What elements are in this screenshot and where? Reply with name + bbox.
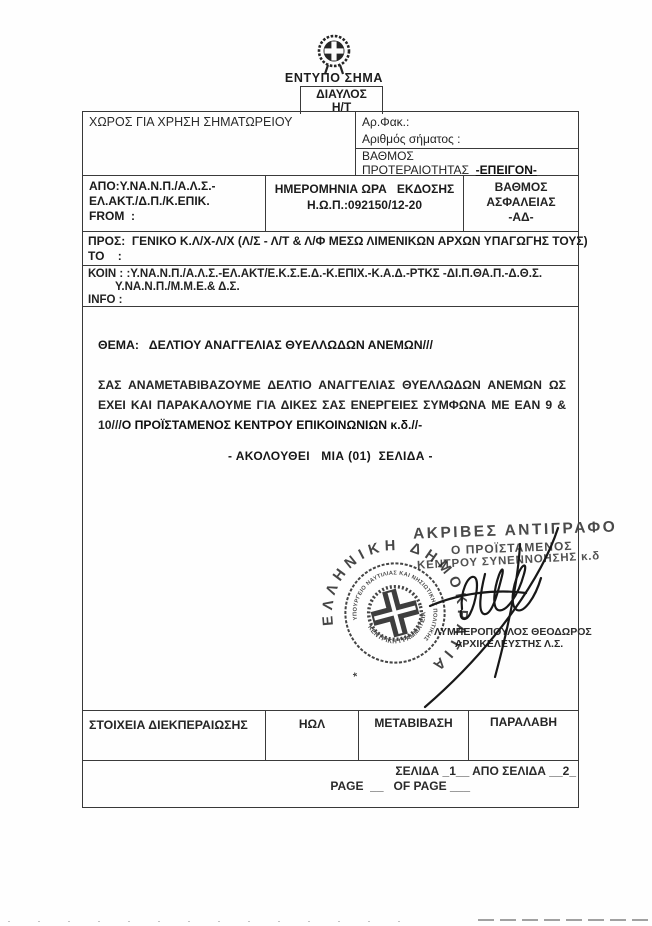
koin-line2: Υ.ΝΑ.Ν.Π./Μ.Μ.Ε.& Δ.Σ.	[88, 281, 573, 294]
from-line3: FROM :	[89, 209, 259, 224]
signal-area-cell: ΧΩΡΟΣ ΓΙΑ ΧΡΗΣΗ ΣΗΜΑΤΩΡΕΙΟΥ	[83, 112, 356, 175]
message-paragraph: ΣΑΣ ΑΝΑΜΕΤΑΒΙΒΑΖΟΥΜΕ ΔΕΛΤΙΟ ΑΝΑΓΓΕΛΙΑΣ Θ…	[98, 375, 566, 435]
follows-note: - ΑΚΟΛΟΥΘΕΙ ΜΙΑ (01) ΣΕΛΙΔΑ -	[83, 449, 578, 463]
to-line: TO :	[88, 249, 573, 264]
subject-line: ΘΕΜΑ: ΔΕΛΤΙΟΥ ΑΝΑΓΓΕΛΙΑΣ ΘΥΕΛΛΩΔΩΝ ΑΝΕΜΩ…	[98, 338, 433, 352]
priority-value: -ΕΠΕΙΓΟΝ-	[476, 163, 537, 177]
seal-star: *	[352, 670, 360, 683]
file-no-label: Αρ.Φακ.:	[362, 114, 572, 131]
cc-row: ΚΟΙΝ : :Υ.ΝΑ.Ν.Π./Α.Λ.Σ.-ΕΛ.ΑΚΤ/Ε.Κ.Σ.Ε.…	[83, 266, 578, 307]
dispatch-details-header: ΣΤΟΙΧΕΙΑ ΔΙΕΚΠΕΡΑΙΩΣΗΣ	[83, 711, 266, 760]
datetime-label: ΗΜΕΡΟΜΗΝΙΑ ΩΡΑ ΕΚΔΟΣΗΣ	[272, 181, 457, 197]
page-number-greek: ΣΕΛΙΔΑ _1__ ΑΠΟ ΣΕΛΙΔΑ __2_	[395, 764, 576, 778]
page-number-row: ΣΕΛΙΔΑ _1__ ΑΠΟ ΣΕΛΙΔΑ __2_ PAGE __ OF P…	[83, 761, 578, 805]
origin-row: ΑΠΟ:Υ.ΝΑ.Ν.Π./Α.Λ.Σ.- ΕΛ.ΑΚΤ./Δ.Π./Κ.ΕΠΙ…	[83, 176, 578, 232]
datetime-cell: ΗΜΕΡΟΜΗΝΙΑ ΩΡΑ ΕΚΔΟΣΗΣ Η.Ω.Π.:092150/12-…	[266, 176, 464, 231]
handwritten-signature	[398, 512, 598, 722]
channel-box: ΔΙΑΥΛΟΣ Η/Τ	[300, 86, 383, 114]
reference-numbers: Αρ.Φακ.: Αριθμός σήματος :	[356, 112, 578, 149]
security-line3: -ΑΔ-	[470, 210, 572, 225]
security-line1: ΒΑΘΜΟΣ	[470, 180, 572, 195]
from-cell: ΑΠΟ:Υ.ΝΑ.Ν.Π./Α.Λ.Σ.- ΕΛ.ΑΚΤ./Δ.Π./Κ.ΕΠΙ…	[83, 176, 266, 231]
scan-artifact-line	[478, 919, 652, 921]
scanned-signal-form: ΕΝΤΥΠΟ ΣΗΜΑ ΔΙΑΥΛΟΣ Η/Τ ΧΩΡΟΣ ΓΙΑ ΧΡΗΣΗ …	[0, 0, 652, 926]
header-row: ΧΩΡΟΣ ΓΙΑ ΧΡΗΣΗ ΣΗΜΑΤΩΡΕΙΟΥ Αρ.Φακ.: Αρι…	[83, 112, 578, 176]
datetime-value: Η.Ω.Π.:092150/12-20	[272, 197, 457, 213]
signal-no-label: Αριθμός σήματος :	[362, 131, 572, 148]
info-line: INFO :	[88, 294, 573, 307]
page-number-english: PAGE __ OF PAGE ___	[330, 779, 470, 793]
priority-block: ΒΑΘΜΟΣ ΠΡΟΤΕΡΑΙΟΤΗΤΑΣ -ΕΠΕΙΓΟΝ-	[356, 149, 578, 178]
security-line2: ΑΣΦΑΛΕΙΑΣ	[470, 195, 572, 210]
form-title: ΕΝΤΥΠΟ ΣΗΜΑ	[254, 71, 414, 85]
priority-label-line1: ΒΑΘΜΟΣ	[362, 150, 572, 164]
priority-label-line2: ΠΡΟΤΕΡΑΙΟΤΗΤΑΣ	[362, 163, 476, 177]
from-line1: ΑΠΟ:Υ.ΝΑ.Ν.Π./Α.Λ.Σ.-	[89, 179, 259, 194]
to-row: ΠΡΟΣ: ΓΕΝΙΚΟ Κ.Λ/Χ-Λ/Χ (Λ/Σ - Λ/Τ & Λ/Φ …	[83, 232, 578, 266]
pros-line: ΠΡΟΣ: ΓΕΝΙΚΟ Κ.Λ/Χ-Λ/Χ (Λ/Σ - Λ/Τ & Λ/Φ …	[88, 234, 573, 249]
from-line2: ΕΛ.ΑΚΤ./Δ.Π./Κ.ΕΠΙΚ.	[89, 194, 259, 209]
reference-cell: Αρ.Φακ.: Αριθμός σήματος : ΒΑΘΜΟΣ ΠΡΟΤΕΡ…	[356, 112, 578, 175]
scan-artifact-dots	[8, 921, 428, 922]
security-cell: ΒΑΘΜΟΣ ΑΣΦΑΛΕΙΑΣ -ΑΔ-	[464, 176, 578, 231]
koin-line1: ΚΟΙΝ : :Υ.ΝΑ.Ν.Π./Α.Λ.Σ.-ΕΛ.ΑΚΤ/Ε.Κ.Σ.Ε.…	[88, 268, 573, 281]
hol-header: ΗΩΛ	[266, 711, 359, 760]
message-signoff: Ο ΠΡΟΪΣΤΑΜΕΝΟΣ ΚΕΝΤΡΟΥ ΕΠΙΚΟΙΝΩΝΙΩΝ κ.δ.…	[122, 418, 422, 432]
